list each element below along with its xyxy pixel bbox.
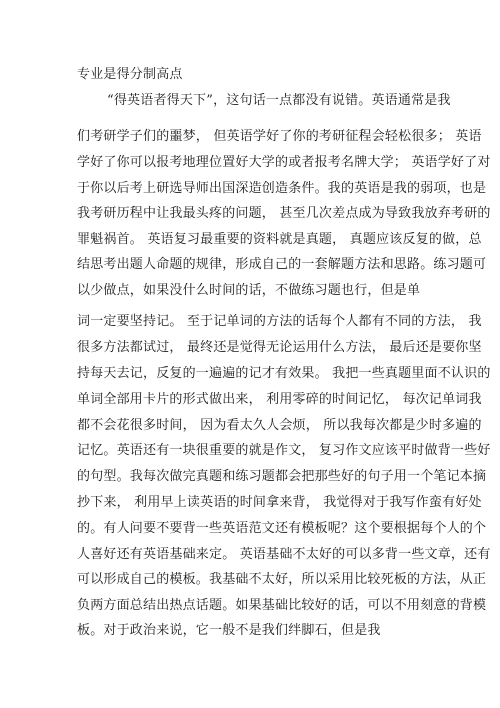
paragraph-line: 可以形成自己的模板。我基础不太好，所以采用比较死板的方法，从正: [77, 572, 486, 588]
paragraph-line: 词一定要坚持记。 至于记单词的方法的话每个人都有不同的方法， 我: [77, 314, 482, 330]
paragraph-line: 板。对于政治来说，它一般不是我们绊脚石，但是我: [77, 623, 381, 639]
paragraph-line: 罪魁祸首。 英语复习最重要的资料就是真题， 真题应该反复的做，总: [77, 232, 482, 248]
paragraph-line: 以少做点，如果没什么时间的话，不做练习题也行，但是单: [77, 283, 420, 299]
paragraph-line: 负两方面总结出热点话题。如果基础比较好的话，可以不用刻意的背模: [77, 598, 486, 614]
paragraph-line: 很多方法都试过， 最终还是觉得无论运用什么方法， 最后还是要你坚: [77, 340, 482, 356]
paragraph-line: 的。有人问要不要背一些英语范文还有模板呢？这个要根据每个人的个: [77, 521, 486, 537]
document-page: 专业是得分制高点 “得英语者得天下”，这句话一点都没有说错。英语通常是我 们考研…: [0, 0, 500, 708]
paragraph-line: “得英语者得天下”，这句话一点都没有说错。英语通常是我: [107, 93, 451, 109]
paragraph-line: 结思考出题人命题的规律，形成自己的一套解题方法和思路。练习题可: [77, 257, 486, 273]
paragraph-line: 抄下来， 利用早上读英语的时间拿来背， 我觉得对于我写作蛮有好处: [77, 495, 482, 511]
paragraph-line: 持每天去记，反复的一遍遍的记才有效果。 我把一些真题里面不认识的: [77, 366, 491, 382]
paragraph-line: 都不会花很多时间， 因为看太久人会烦， 所以我每次都是少时多遍的: [77, 418, 482, 434]
paragraph-line: 记忆。英语还有一块很重要的就是作文， 复习作文应该平时做背一些好: [77, 443, 491, 459]
paragraph-line: 们考研学子们的噩梦， 但英语学好了你的考研征程会轻松很多； 英语: [77, 129, 482, 145]
paragraph-line: 我考研历程中让我最头疼的问题， 甚至几次差点成为导致我放弃考研的: [77, 206, 491, 222]
paragraph-line: 单词全部用卡片的形式做出来， 利用零碎的时间记忆， 每次记单词我: [77, 392, 482, 408]
paragraph-line: 学好了你可以报考地理位置好大学的或者报考名牌大学； 英语学好了对: [77, 155, 491, 171]
paragraph-line: 于你以后考上研选导师出国深造创造条件。我的英语是我的弱项，也是: [77, 181, 486, 197]
paragraph-line: 的句型。我每次做完真题和练习题都会把那些好的句子用一个笔记本摘: [77, 469, 486, 485]
paragraph-line: 人喜好还有英语基础来定。 英语基础不太好的可以多背一些文章，还有: [77, 547, 491, 563]
document-heading: 专业是得分制高点: [77, 67, 183, 83]
